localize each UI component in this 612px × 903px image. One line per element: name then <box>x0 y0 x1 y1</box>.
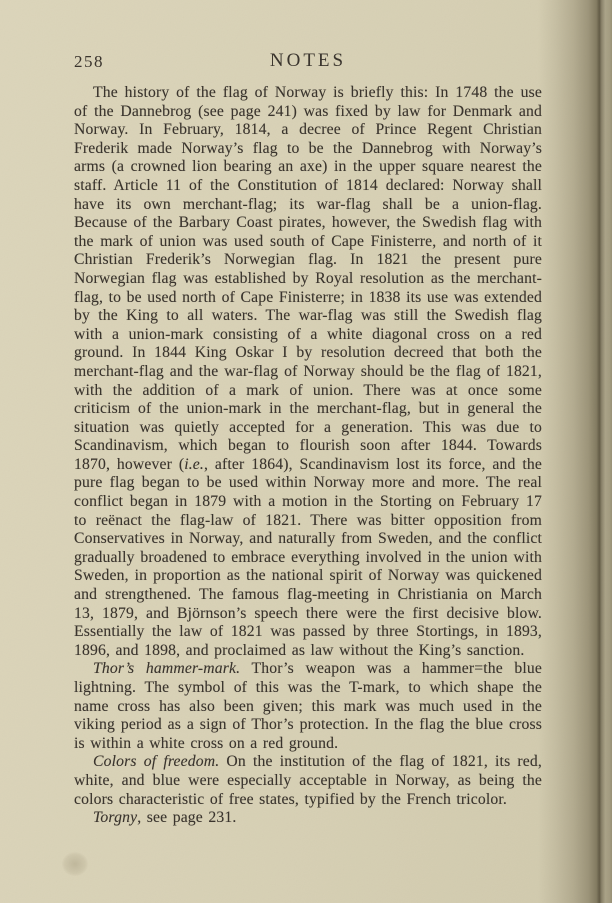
page-body: The history of the flag of Norway is bri… <box>74 84 542 828</box>
paper-stain <box>62 852 88 876</box>
italic-lead-text: Colors of freedom. <box>93 753 219 770</box>
paragraph-colors-of-freedom-note: Colors of freedom. On the institution of… <box>74 753 542 809</box>
book-page: 258 NOTES The history of the flag of Nor… <box>0 0 612 903</box>
paragraph-torgny-note: Torgny, see page 231. <box>74 809 542 828</box>
page-number: 258 <box>74 52 104 72</box>
italic-lead-text: Thor’s hammer-mark. <box>93 660 240 677</box>
page-header-row: 258 NOTES <box>74 50 542 74</box>
paragraph-flag-history-note: The history of the flag of Norway is bri… <box>74 84 542 660</box>
paragraph-thors-hammer-mark-note: Thor’s hammer-mark. Thor’s weapon was a … <box>74 660 542 753</box>
italic-lead-text: Torgny <box>93 809 137 826</box>
body-text: , after 1864), Scandinavism lost its for… <box>74 456 542 659</box>
page-edge-shadow <box>538 0 612 903</box>
italic-lead-text: i.e. <box>184 456 204 473</box>
running-head: NOTES <box>270 50 346 72</box>
body-text: The history of the flag of Norway is bri… <box>74 84 542 473</box>
body-text: , see page 231. <box>137 809 236 826</box>
